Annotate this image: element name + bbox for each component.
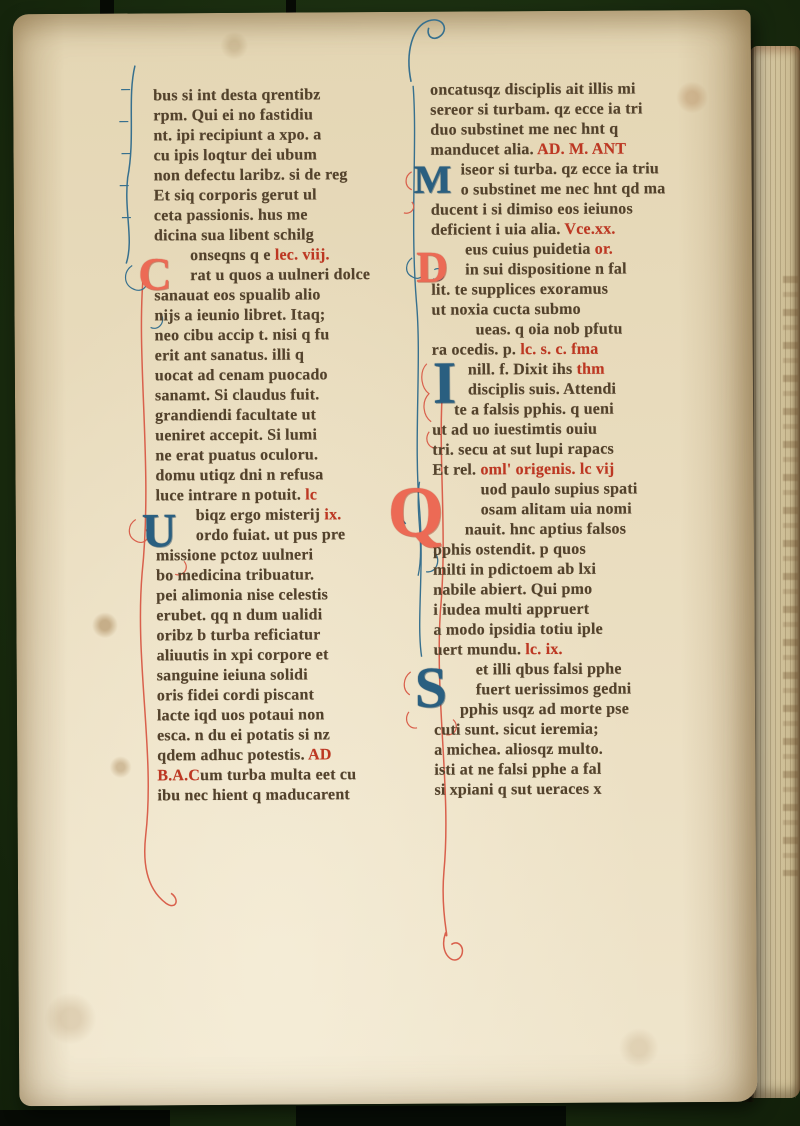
manuscript-text-line: ra ocedis. p. lc. s. c. fma <box>432 340 732 362</box>
body-text: luce intrare n potuit. <box>156 486 306 504</box>
manuscript-text-line: uocat ad cenam puocado <box>155 366 445 388</box>
manuscript-text-line: missione pctoz uulneri <box>156 546 446 568</box>
body-text: disciplis suis. Attendi <box>468 381 616 399</box>
manuscript-text-line: ibu nec hient q maducarent <box>157 786 447 808</box>
body-text: pphis ostendit. p quos <box>433 541 586 559</box>
manuscript-text-line: nt. ipi recipiunt a xpo. a <box>153 126 443 148</box>
body-text: si xpiani q sut ueraces x <box>434 781 601 799</box>
manuscript-text-line: ueniret accepit. Si lumi <box>155 426 445 448</box>
manuscript-text-line: esca. n du ei potatis si nz <box>157 726 447 748</box>
manuscript-text-line: lacte iqd uos potaui non <box>157 706 447 728</box>
body-text: fuert uerissimos gedni <box>476 680 632 698</box>
body-text: esca. n du ei potatis si nz <box>157 726 330 744</box>
body-text: dicina sua libent schilg <box>154 226 314 244</box>
adjacent-page-showthrough <box>783 276 798 876</box>
manuscript-text-line: tri. secu at sut lupi rapacs <box>432 440 732 462</box>
body-text: tri. secu at sut lupi rapacs <box>432 441 614 459</box>
body-text: ut noxia cucta submo <box>431 301 580 319</box>
manuscript-text-line: sanauat eos spualib alio <box>154 286 444 308</box>
manuscript-text-line: pei alimonia nise celestis <box>156 586 446 608</box>
shadow-band <box>296 1106 566 1126</box>
rubric-text: AD <box>308 746 332 763</box>
manuscript-text-line: aliuutis in xpi corpore et <box>157 646 447 668</box>
body-text: ra ocedis. p. <box>432 341 521 359</box>
rubric-text: B.A.C <box>157 767 200 784</box>
manuscript-text-line: rpm. Qui ei no fastidiu <box>153 106 443 128</box>
manuscript-text-line: Et siq corporis gerut ul <box>154 186 444 208</box>
body-text: in sui dispositione n fal <box>465 261 627 279</box>
manuscript-text-line: dicina sua libent schilg <box>154 226 444 248</box>
manuscript-text-line: uert mundu. lc. ix. <box>434 640 734 662</box>
shadow-band <box>0 1110 170 1126</box>
body-text: milti in pdictoem ab lxi <box>433 561 596 579</box>
body-text: cu ipis loqtur dei ubum <box>153 146 317 164</box>
body-text: um turba multa eet cu <box>200 766 356 784</box>
body-text: sanauat eos spualib alio <box>154 286 320 304</box>
body-text: manducet alia. <box>430 141 537 159</box>
manuscript-text-line: lit. te supplices exoramus <box>431 280 731 302</box>
manuscript-text-line: oribz b turba reficiatur <box>156 626 446 648</box>
manuscript-text-line: pphis ostendit. p quos <box>433 540 733 562</box>
manuscript-text-line: qdem adhuc potestis. AD <box>157 746 447 768</box>
manuscript-text-line: iseor si turba. qz ecce ia triu <box>431 160 731 182</box>
body-text: ibu nec hient q maducarent <box>157 786 350 804</box>
manuscript-text-line: osam alitam uia nomi <box>433 500 733 522</box>
manuscript-text-line: erubet. qq n dum ualidi <box>156 606 446 628</box>
manuscript-text-line: luce intrare n potuit. lc <box>156 486 446 508</box>
body-text: uert mundu. <box>434 641 526 659</box>
text-column-right: oncatusqz disciplis ait illis misereor s… <box>430 80 734 802</box>
body-text: bo medicina tribuatur. <box>156 566 314 584</box>
manuscript-text-line: manducet alia. AD. M. ANT <box>430 140 730 162</box>
rubric-text: Vce.xx. <box>564 221 615 238</box>
body-text: sereor si turbam. qz ecce ia tri <box>430 100 643 118</box>
pen-flourish-blue <box>125 66 136 264</box>
manuscript-text-line: uod paulo supius spati <box>433 480 733 502</box>
body-text: rpm. Qui ei no fastidiu <box>153 106 313 124</box>
rubric-text: lc. s. c. fma <box>520 341 598 358</box>
manuscript-text-line: sanamt. Si claudus fuit. <box>155 386 445 408</box>
body-text: i iudea multi appruert <box>433 601 589 619</box>
rubric-text: oml' origenis. lc vij <box>480 461 614 479</box>
manuscript-text-line: a modo ipsidia totiu iple <box>433 620 733 642</box>
manuscript-text-line: nijs a ieunio libret. Itaq; <box>154 306 444 328</box>
manuscript-text-line: grandiendi facultate ut <box>155 406 445 428</box>
manuscript-text-line: o substinet me nec hnt qd ma <box>431 180 731 202</box>
photograph-of-manuscript: bus si int desta qrentibzrpm. Qui ei no … <box>0 0 800 1126</box>
manuscript-text-line: Et rel. oml' origenis. lc vij <box>432 460 732 482</box>
body-text: uod paulo supius spati <box>481 480 638 498</box>
manuscript-text-line: onseqns q e lec. viij. <box>154 246 444 268</box>
manuscript-text-line: non defectu laribz. si de reg <box>154 166 444 188</box>
manuscript-text-line: in sui dispositione n fal <box>431 260 731 282</box>
body-text: erit ant sanatus. illi q <box>155 346 304 364</box>
manuscript-text-line: cuti sunt. sicut ieremia; <box>434 720 734 742</box>
body-text: neo cibu accip t. nisi q fu <box>155 326 330 344</box>
manuscript-text-line: si xpiani q sut ueraces x <box>434 780 734 802</box>
body-text: Et siq corporis gerut ul <box>154 186 317 204</box>
manuscript-text-line: ut ad uo iuestimtis ouiu <box>432 420 732 442</box>
manuscript-text-line: ducent i si dimiso eos ieiunos <box>431 200 731 222</box>
rubric-text: lc <box>305 486 317 503</box>
body-text: a modo ipsidia totiu iple <box>433 621 603 639</box>
body-text: iseor si turba. qz ecce ia triu <box>461 160 659 178</box>
manuscript-text-line: bus si int desta qrentibz <box>153 86 443 108</box>
body-text: qdem adhuc potestis. <box>157 746 308 764</box>
manuscript-text-line: i iudea multi appruert <box>433 600 733 622</box>
body-text: oris fidei cordi piscant <box>157 686 314 704</box>
body-text: nabile abiert. Qui pmo <box>433 581 592 599</box>
manuscript-text-line: eus cuius puidetia or. <box>431 240 731 262</box>
manuscript-text-line: milti in pdictoem ab lxi <box>433 560 733 582</box>
body-text: oncatusqz disciplis ait illis mi <box>430 80 636 98</box>
body-text: erubet. qq n dum ualidi <box>156 606 322 624</box>
body-text: nauit. hnc aptius falsos <box>465 521 626 539</box>
manuscript-text-line: nauit. hnc aptius falsos <box>433 520 733 542</box>
manuscript-text-line: domu utiqz dni n refusa <box>155 466 445 488</box>
body-text: eus cuius puidetia <box>465 241 595 259</box>
fore-edge-page-stack <box>750 46 800 1098</box>
manuscript-text-line: disciplis suis. Attendi <box>432 380 732 402</box>
body-text: sanguine ieiuna solidi <box>157 666 308 684</box>
body-text: a michea. aliosqz multo. <box>434 741 603 759</box>
manuscript-text-line: ut noxia cucta submo <box>431 300 731 322</box>
body-text: non defectu laribz. si de reg <box>154 166 348 184</box>
manuscript-text-line: cu ipis loqtur dei ubum <box>153 146 443 168</box>
body-text: ordo fuiat. ut pus pre <box>196 526 346 544</box>
manuscript-text-line: pphis usqz ad morte pse <box>434 700 734 722</box>
body-text: ceta passionis. hus me <box>154 206 308 224</box>
manuscript-text-line: oncatusqz disciplis ait illis mi <box>430 80 730 102</box>
manuscript-text-line: a michea. aliosqz multo. <box>434 740 734 762</box>
manuscript-text-line: nabile abiert. Qui pmo <box>433 580 733 602</box>
body-text: lit. te supplices exoramus <box>431 281 608 299</box>
body-text: oribz b turba reficiatur <box>156 626 320 644</box>
rubric-text: lc. ix. <box>525 641 563 658</box>
manuscript-text-line: sereor si turbam. qz ecce ia tri <box>430 100 730 122</box>
manuscript-page: bus si int desta qrentibzrpm. Qui ei no … <box>13 10 758 1106</box>
manuscript-text-line: B.A.Cum turba multa eet cu <box>157 766 447 788</box>
manuscript-text-line: biqz ergo misterij ix. <box>156 506 446 528</box>
manuscript-text-line: te a falsis pphis. q ueni <box>432 400 732 422</box>
body-text: sanamt. Si claudus fuit. <box>155 386 320 404</box>
body-text: domu utiqz dni n refusa <box>155 466 323 484</box>
manuscript-text-line: isti at ne falsi pphe a fal <box>434 760 734 782</box>
manuscript-text-line: ordo fuiat. ut pus pre <box>156 526 446 548</box>
body-text: pphis usqz ad morte pse <box>460 701 629 719</box>
text-column-left: bus si int desta qrentibzrpm. Qui ei no … <box>153 86 447 808</box>
manuscript-text-line: nill. f. Dixit ihs thm <box>432 360 732 382</box>
body-text: cuti sunt. sicut ieremia; <box>434 721 599 739</box>
manuscript-text-line: fuert uerissimos gedni <box>434 680 734 702</box>
body-text: ut ad uo iuestimtis ouiu <box>432 421 597 439</box>
rubric-text: AD. M. ANT <box>537 141 626 159</box>
manuscript-text-line: rat u quos a uulneri dolce <box>154 266 444 288</box>
rubric-text: lec. viij. <box>275 246 330 263</box>
rubric-text: thm <box>577 361 605 378</box>
body-text: ne erat puatus oculoru. <box>155 446 318 464</box>
body-text: duo substinet me nec hnt q <box>430 121 618 139</box>
body-text: ueas. q oia nob pfutu <box>476 321 623 339</box>
body-text: deficient i uia alia. <box>431 221 565 239</box>
body-text: uocat ad cenam puocado <box>155 366 328 384</box>
pen-flourish-blue <box>119 90 131 218</box>
rubric-text: or. <box>595 241 613 258</box>
body-text: aliuutis in xpi corpore et <box>157 646 329 664</box>
rubric-text: ix. <box>324 506 341 523</box>
body-text: rat u quos a uulneri dolce <box>190 266 370 284</box>
manuscript-text-line: oris fidei cordi piscant <box>157 686 447 708</box>
manuscript-text-line: ceta passionis. hus me <box>154 206 444 228</box>
body-text: bus si int desta qrentibz <box>153 86 321 104</box>
manuscript-text-line: ne erat puatus oculoru. <box>155 446 445 468</box>
body-text: missione pctoz uulneri <box>156 546 313 564</box>
pen-flourish-blue <box>409 20 445 82</box>
body-text: nt. ipi recipiunt a xpo. a <box>153 126 321 144</box>
body-text: isti at ne falsi pphe a fal <box>434 761 601 779</box>
body-text: Et rel. <box>432 461 480 478</box>
body-text: grandiendi facultate ut <box>155 406 316 424</box>
manuscript-text-line: bo medicina tribuatur. <box>156 566 446 588</box>
manuscript-text-line: neo cibu accip t. nisi q fu <box>155 326 445 348</box>
body-text: lacte iqd uos potaui non <box>157 706 325 724</box>
body-text: osam alitam uia nomi <box>481 500 632 518</box>
manuscript-text-line: duo substinet me nec hnt q <box>430 120 730 142</box>
body-text: onseqns q e <box>190 247 275 265</box>
body-text: biqz ergo misterij <box>196 506 325 524</box>
manuscript-text-line: et illi qbus falsi pphe <box>434 660 734 682</box>
body-text: o substinet me nec hnt qd ma <box>461 180 666 198</box>
manuscript-text-line: sanguine ieiuna solidi <box>157 666 447 688</box>
manuscript-text-line: deficient i uia alia. Vce.xx. <box>431 220 731 242</box>
manuscript-text-line: erit ant sanatus. illi q <box>155 346 445 368</box>
manuscript-text-line: ueas. q oia nob pfutu <box>432 320 732 342</box>
body-text: ducent i si dimiso eos ieiunos <box>431 200 633 218</box>
body-text: et illi qbus falsi pphe <box>476 661 622 679</box>
body-text: nill. f. Dixit ihs <box>468 361 577 379</box>
body-text: ueniret accepit. Si lumi <box>155 426 317 444</box>
body-text: pei alimonia nise celestis <box>156 586 328 604</box>
body-text: te a falsis pphis. q ueni <box>454 401 614 419</box>
body-text: nijs a ieunio libret. Itaq; <box>154 306 325 324</box>
